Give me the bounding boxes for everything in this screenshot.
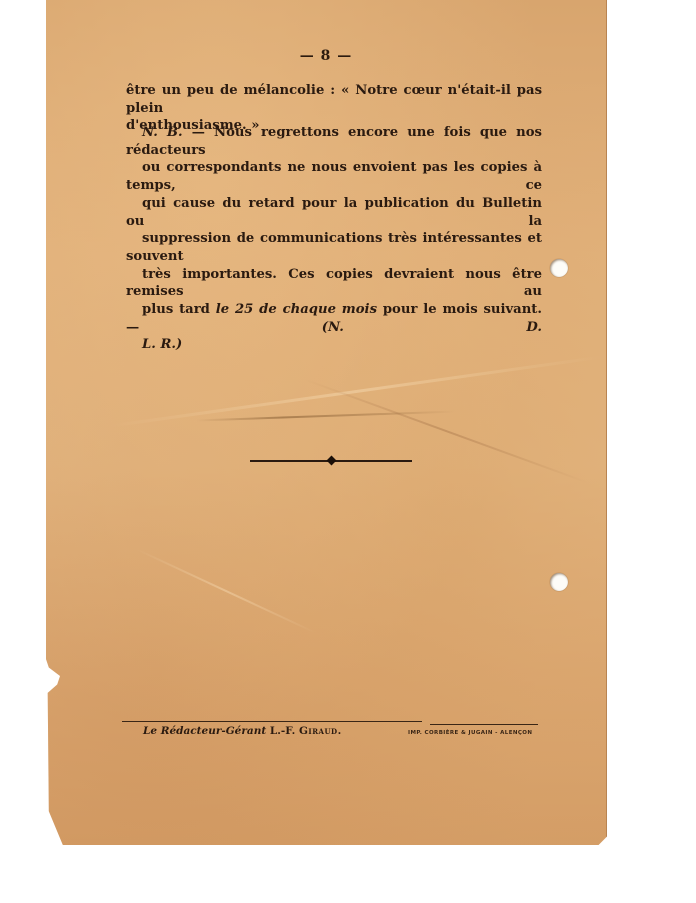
paper-crease [135,548,317,634]
paper-crease [305,379,588,483]
italic-text: le 25 de chaque mois [216,302,377,317]
italic-text: L. R.) [142,337,182,352]
punch-hole-bottom [550,573,568,591]
text: très importantes. Ces copies devraient n… [126,267,542,300]
footer-rule [122,721,422,722]
footer-rule [430,724,538,725]
page-number: — 8 — [46,48,606,64]
editor-name: Giraud. [299,725,342,737]
editor-initials: L.-F. [270,725,295,737]
editor-title: Le Rédacteur-Gérant [143,725,266,737]
text-line: qui cause du retard pour la publication … [126,195,542,230]
text-line: suppression de communications très intér… [126,230,542,265]
italic-text: N. B. [142,125,183,140]
italic-text: (N. D. [322,320,542,335]
printer-credit: IMP. CORBIÈRE & JUGAIN - ALENÇON [408,730,532,736]
text: qui cause du retard pour la publication … [126,196,542,229]
text-line: N. B. — Nous regrettons encore une fois … [126,124,542,159]
text: — Nous regrettons encore une fois que no… [126,125,542,158]
text-line: être un peu de mélancolie : « Notre cœur… [126,82,542,117]
text-line: plus tard le 25 de chaque mois pour le m… [126,301,542,336]
editor-credit: Le Rédacteur-Gérant L.-F. Giraud. [143,725,342,737]
text: suppression de communications très intér… [126,231,542,264]
paper-crease [108,355,604,428]
punch-hole-top [550,259,568,277]
text-line: L. R.) [126,336,542,354]
nb-paragraph: N. B. — Nous regrettons encore une fois … [126,124,542,354]
text: plus tard [142,302,216,317]
text-line: ou correspondants ne nous envoient pas l… [126,159,542,194]
text: ou correspondants ne nous envoient pas l… [126,160,542,193]
text-line: très importantes. Ces copies devraient n… [126,266,542,301]
